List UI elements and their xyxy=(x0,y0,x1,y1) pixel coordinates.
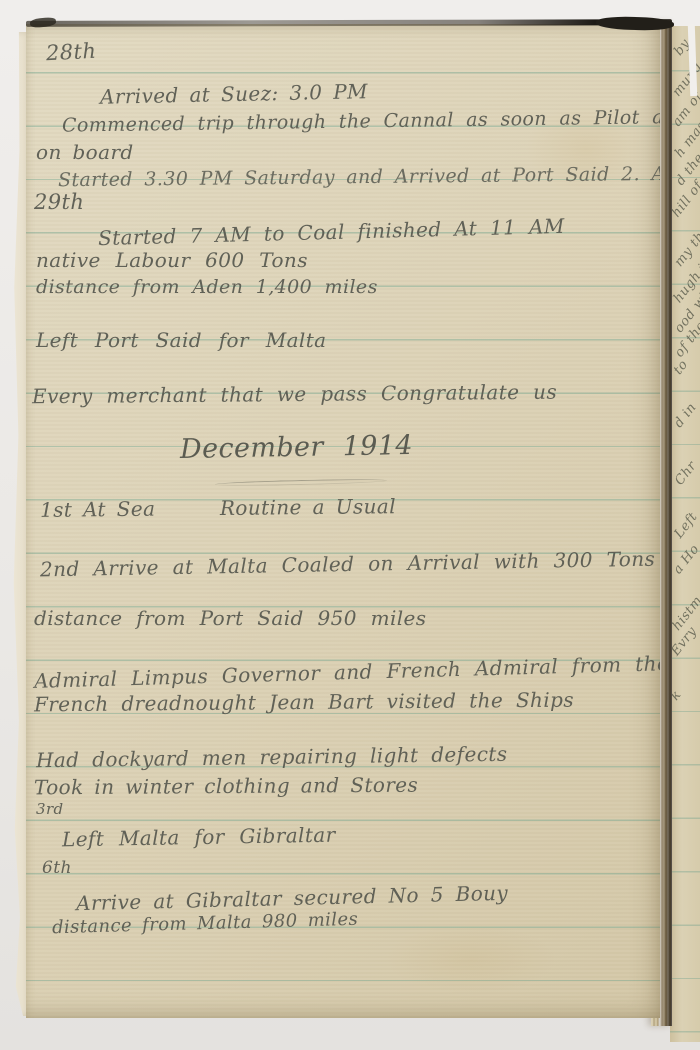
journal-line: 28th xyxy=(45,39,96,66)
journal-line: Had dockyard men repairing light defects xyxy=(36,742,508,773)
journal-line: native Labour 600 Tons xyxy=(36,248,308,272)
journal-line: Arrived at Suez: 3.0 PM xyxy=(100,79,368,109)
scanned-journal-photo: bymundam ofh masd thehill ofmy thhugh it… xyxy=(0,0,700,1050)
next-page-text-fragment: to xyxy=(671,357,691,377)
journal-page: 28thArrived at Suez: 3.0 PMCommenced tri… xyxy=(26,24,660,1018)
journal-heading: December 1914 xyxy=(180,430,414,465)
journal-line: 2nd Arrive at Malta Coaled on Arrival wi… xyxy=(40,547,656,582)
next-page-text-fragment: a Ho xyxy=(670,542,700,577)
journal-line: Took in winter clothing and Stores xyxy=(34,773,418,800)
heading-underline-flourish xyxy=(215,478,387,487)
journal-line: Left Malta for Gibraltar xyxy=(62,823,336,852)
journal-line: Left Port Said for Malta xyxy=(36,328,326,352)
next-page-text-fragment: Chr xyxy=(672,459,700,489)
journal-line: Started 7 AM to Coal finished At 11 AM xyxy=(98,214,565,250)
next-page-text-fragment: Evry xyxy=(670,624,700,659)
journal-line: Admiral Limpus Governor and French Admir… xyxy=(34,651,660,693)
journal-line: Every merchant that we pass Congratulate… xyxy=(32,380,557,409)
next-page-text-fragment: d in xyxy=(671,400,699,430)
journal-line: 3rd xyxy=(36,800,64,818)
journal-line: distance from Aden 1,400 miles xyxy=(36,276,378,298)
journal-line: 29th xyxy=(34,190,84,214)
journal-line: on board xyxy=(36,140,134,164)
next-page-text-fragment: k xyxy=(670,688,685,704)
journal-line: 6th xyxy=(42,858,72,878)
journal-line: 1st At Sea Routine a Usual xyxy=(40,494,396,522)
paper-stain xyxy=(386,924,556,994)
next-page-text-fragment: Left xyxy=(672,510,700,542)
next-page-edge: bymundam ofh masd thehill ofmy thhugh it… xyxy=(670,26,700,1042)
journal-line: distance from Port Said 950 miles xyxy=(34,606,426,630)
journal-line: French dreadnought Jean Bart visited the… xyxy=(34,688,574,717)
